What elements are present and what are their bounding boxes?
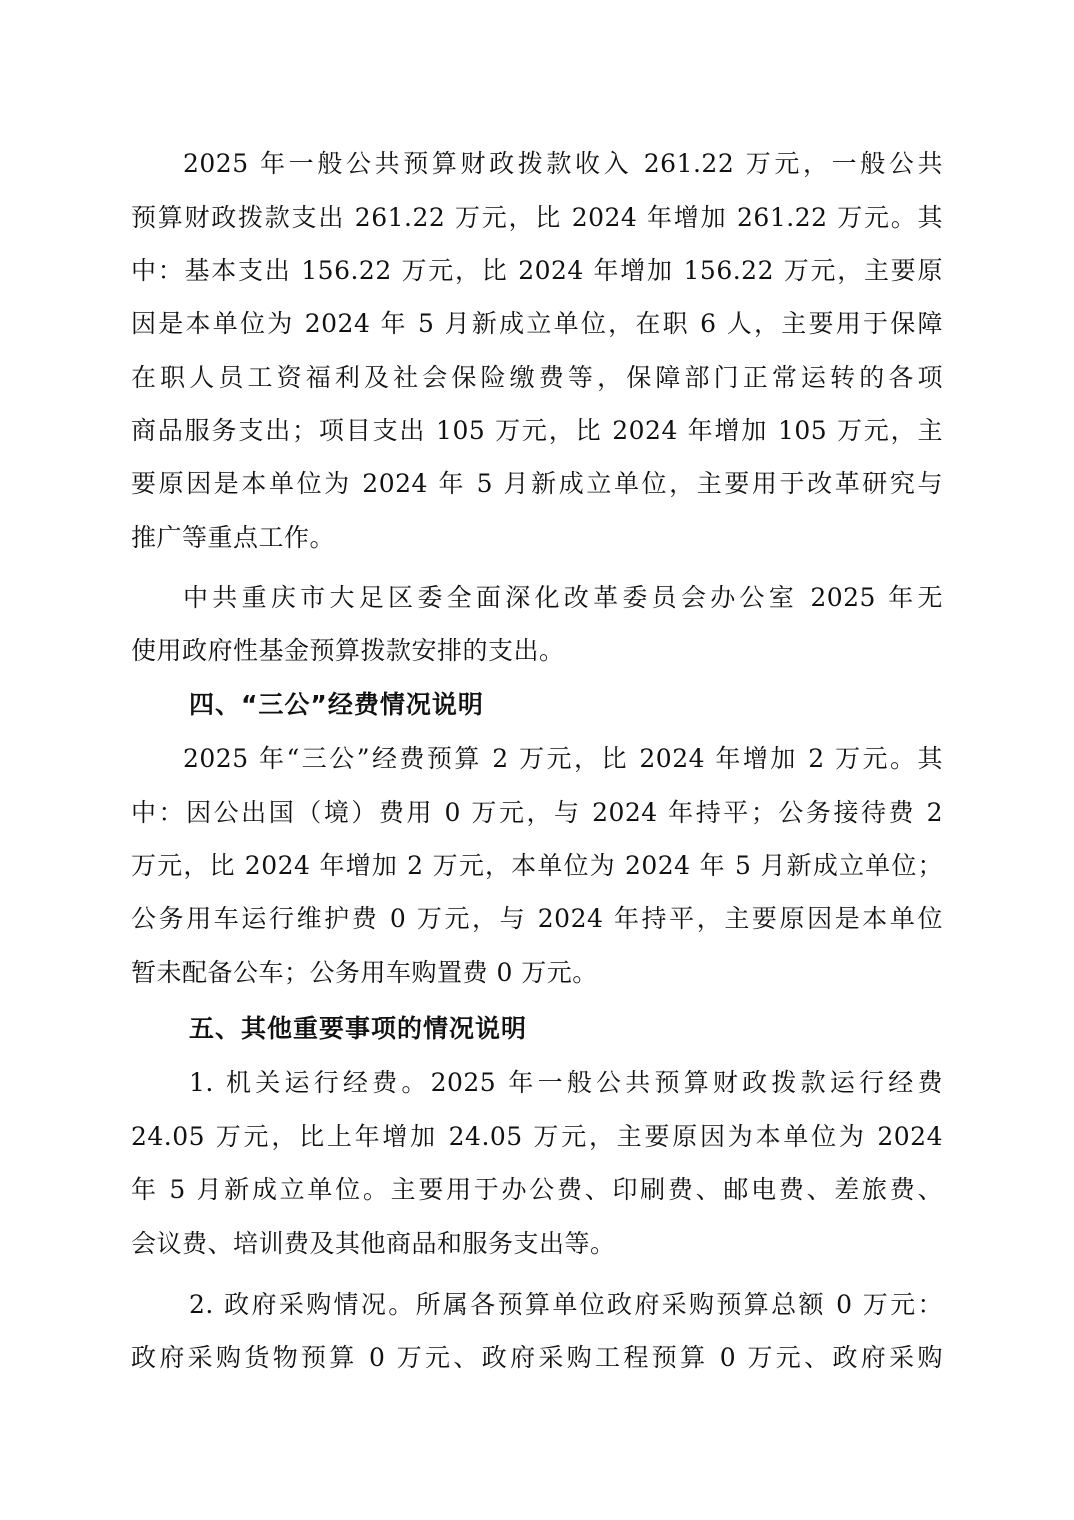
- section-heading-three-public: 四、“三公”经费情况说明: [189, 687, 1001, 723]
- text-line: 中：基本支出 156.22 万元，比 2024 年增加 156.22 万元，主要…: [131, 253, 943, 289]
- section-heading-other-matters: 五、其他重要事项的情况说明: [189, 1011, 1001, 1047]
- text-line: 暂未配备公车；公务用车购置费 0 万元。: [131, 955, 943, 991]
- text-line: 万元，比 2024 年增加 2 万元，本单位为 2024 年 5 月新成立单位；: [131, 848, 943, 884]
- text-line: 推广等重点工作。: [131, 520, 943, 556]
- text-line: 年 5 月新成立单位。主要用于办公费、印刷费、邮电费、差旅费、: [131, 1172, 943, 1208]
- text-line: 中共重庆市大足区委全面深化改革委员会办公室 2025 年无: [183, 580, 943, 616]
- text-line: 中：因公出国（境）费用 0 万元，与 2024 年持平；公务接待费 2: [131, 795, 943, 831]
- text-line: 政府采购货物预算 0 万元、政府采购工程预算 0 万元、政府采购: [131, 1340, 943, 1376]
- text-line: 2025 年一般公共预算财政拨款收入 261.22 万元，一般公共: [183, 146, 943, 182]
- text-line: 1. 机关运行经费。2025 年一般公共预算财政拨款运行经费: [189, 1065, 943, 1101]
- text-line: 2025 年“三公”经费预算 2 万元，比 2024 年增加 2 万元。其: [183, 741, 943, 777]
- text-line: 使用政府性基金预算拨款安排的支出。: [131, 633, 943, 669]
- text-line: 会议费、培训费及其他商品和服务支出等。: [131, 1226, 943, 1262]
- text-line: 因是本单位为 2024 年 5 月新成立单位，在职 6 人，主要用于保障: [131, 306, 943, 342]
- text-line: 24.05 万元，比上年增加 24.05 万元，主要原因为本单位为 2024: [131, 1119, 943, 1155]
- text-line: 商品服务支出；项目支出 105 万元，比 2024 年增加 105 万元，主: [131, 413, 943, 449]
- document-page: 2025 年一般公共预算财政拨款收入 261.22 万元，一般公共 预算财政拨款…: [0, 0, 1074, 1520]
- text-line: 要原因是本单位为 2024 年 5 月新成立单位，主要用于改革研究与: [131, 466, 943, 502]
- text-line: 2. 政府采购情况。所属各预算单位政府采购预算总额 0 万元：: [189, 1287, 943, 1323]
- text-line: 公务用车运行维护费 0 万元，与 2024 年持平，主要原因是本单位: [131, 901, 943, 937]
- text-line: 预算财政拨款支出 261.22 万元，比 2024 年增加 261.22 万元。…: [131, 200, 943, 236]
- text-line: 在职人员工资福利及社会保险缴费等，保障部门正常运转的各项: [131, 360, 943, 396]
